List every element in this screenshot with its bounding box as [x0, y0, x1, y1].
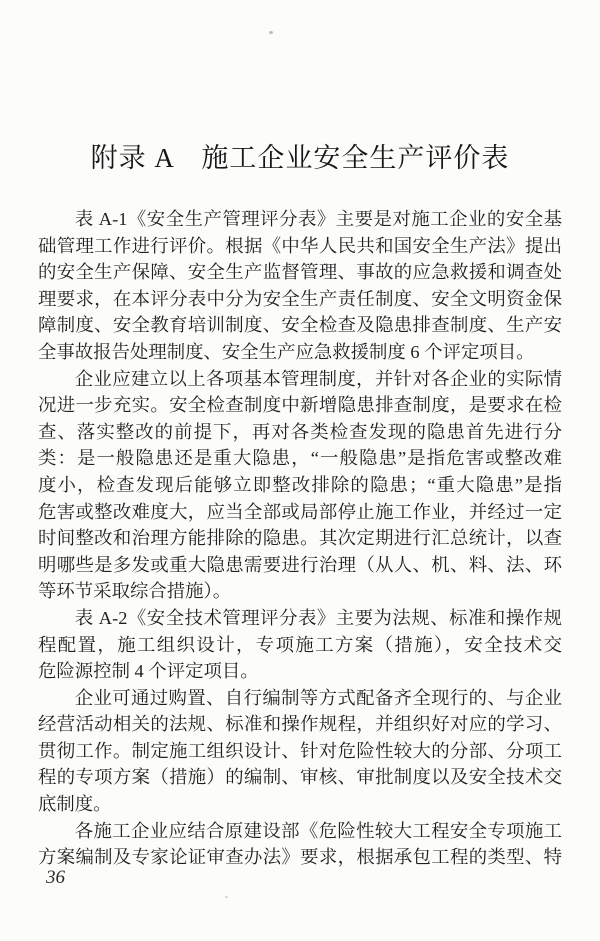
- text-line: 的安全生产保障、安全生产监督管理、事故的应急救援和调查处: [38, 259, 562, 286]
- scan-speck: [225, 896, 228, 898]
- paragraph: 各施工企业应结合原建设部《危险性较大工程安全专项施工方案编制及专家论证审查办法》…: [38, 818, 562, 871]
- paragraph: 表 A-1《安全生产管理评分表》主要是对施工企业的安全基础管理工作进行评价。根据…: [38, 206, 562, 366]
- paragraph: 企业可通过购置、自行编制等方式配备齐全现行的、与企业经营活动相关的法规、标准和操…: [38, 685, 562, 818]
- text-line: 方案编制及专家论证审查办法》要求，根据承包工程的类型、特: [38, 844, 562, 871]
- paragraph: 表 A-2《安全技术管理评分表》主要为法规、标准和操作规程配置，施工组织设计，专…: [38, 605, 562, 685]
- document-page: 附录 A 施工企业安全生产评价表 表 A-1《安全生产管理评分表》主要是对施工企…: [0, 0, 600, 941]
- appendix-title: 附录 A 施工企业安全生产评价表: [0, 0, 600, 178]
- text-line: 表 A-1《安全生产管理评分表》主要是对施工企业的安全基: [38, 206, 562, 233]
- text-line: 底制度。: [38, 791, 562, 818]
- text-line: 理要求，在本评分表中分为安全生产责任制度、安全文明资金保: [38, 286, 562, 313]
- scan-speck: [269, 31, 273, 34]
- text-line: 障制度、安全教育培训制度、安全检查及隐患排查制度、生产安: [38, 312, 562, 339]
- text-line: 度小，检查发现后能够立即整改排除的隐患；“重大隐患”是指: [38, 472, 562, 499]
- text-line: 程配置，施工组织设计，专项施工方案（措施），安全技术交底，: [38, 632, 562, 659]
- text-line: 础管理工作进行评价。根据《中华人民共和国安全生产法》提出: [38, 233, 562, 260]
- text-line: 表 A-2《安全技术管理评分表》主要为法规、标准和操作规: [38, 605, 562, 632]
- document-body: 表 A-1《安全生产管理评分表》主要是对施工企业的安全基础管理工作进行评价。根据…: [38, 206, 562, 871]
- text-line: 等环节采取综合措施）。: [38, 578, 562, 605]
- text-line: 经营活动相关的法规、标准和操作规程，并组织好对应的学习、: [38, 711, 562, 738]
- text-line: 况进一步充实。安全检查制度中新增隐患排查制度，是要求在检: [38, 392, 562, 419]
- text-line: 查、落实整改的前提下，再对各类检查发现的隐患首先进行分: [38, 419, 562, 446]
- paragraph: 企业应建立以上各项基本管理制度，并针对各企业的实际情况进一步充实。安全检查制度中…: [38, 366, 562, 605]
- text-line: 时间整改和治理方能排除的隐患。其次定期进行汇总统计，以查: [38, 525, 562, 552]
- text-line: 企业应建立以上各项基本管理制度，并针对各企业的实际情: [38, 366, 562, 393]
- page-number: 36: [46, 867, 65, 889]
- text-line: 企业可通过购置、自行编制等方式配备齐全现行的、与企业: [38, 685, 562, 712]
- text-line: 明哪些是多发或重大隐患需要进行治理（从人、机、料、法、环: [38, 552, 562, 579]
- text-line: 危害或整改难度大，应当全部或局部停止施工作业，并经过一定: [38, 499, 562, 526]
- text-line: 程的专项方案（措施）的编制、审核、审批制度以及安全技术交: [38, 764, 562, 791]
- text-line: 各施工企业应结合原建设部《危险性较大工程安全专项施工: [38, 818, 562, 845]
- text-line: 贯彻工作。制定施工组织设计、针对危险性较大的分部、分项工: [38, 738, 562, 765]
- text-line: 危险源控制 4 个评定项目。: [38, 658, 562, 685]
- text-line: 类：是一般隐患还是重大隐患，“一般隐患”是指危害或整改难: [38, 445, 562, 472]
- text-line: 全事故报告处理制度、安全生产应急救援制度 6 个评定项目。: [38, 339, 562, 366]
